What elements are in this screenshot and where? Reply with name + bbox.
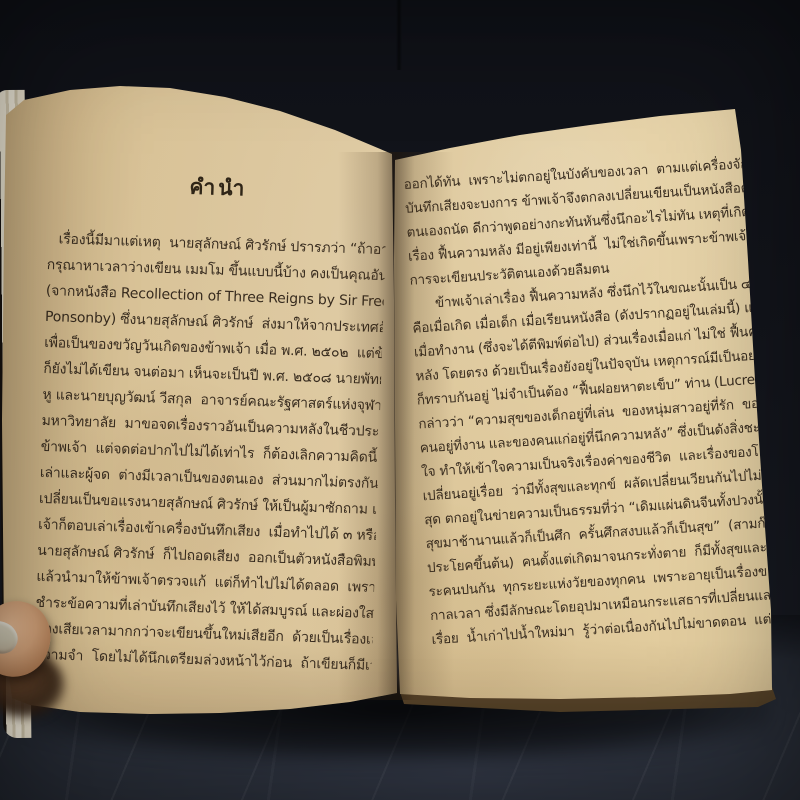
thumb-nail: [0, 616, 23, 660]
right-page-text: ออกได้ทัน เพราะไม่ตกอยู่ในบังคับของเวลา …: [403, 152, 785, 673]
backdrop-fold-line: [396, 0, 402, 70]
left-page-body: เรื่องนี้มีมาแต่เหตุ นายสุลักษณ์ ศิวรักษ…: [33, 226, 385, 679]
photo-open-book: คำนำ เรื่องนี้มีมาแต่เหตุ นายสุลักษณ์ ศิ…: [0, 0, 800, 800]
page-title: คำนำ: [49, 168, 388, 207]
left-page-text: คำนำ เรื่องนี้มีมาแต่เหตุ นายสุลักษณ์ ศิ…: [33, 168, 388, 699]
